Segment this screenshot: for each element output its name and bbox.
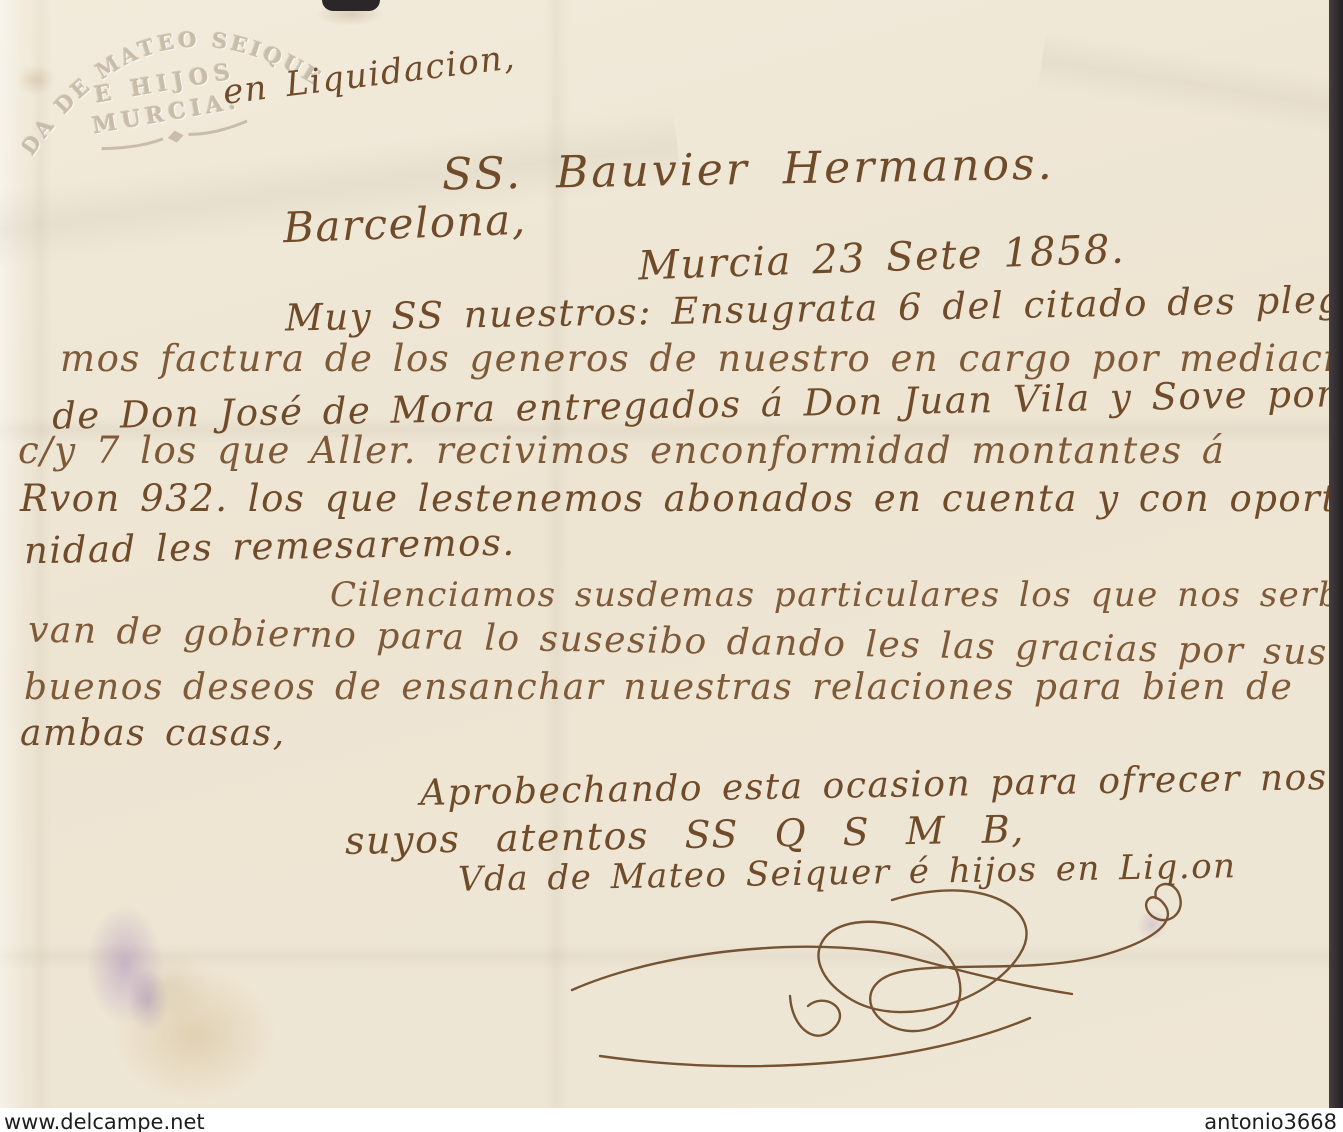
body-line-2: mos factura de los generos de nuestro en…: [60, 340, 1343, 377]
recipient-line: SS. Bauvier Hermanos.: [442, 143, 1055, 198]
scan-top-notch: [322, 0, 380, 11]
watermark-seller: antonio3668: [1204, 1110, 1337, 1132]
body-line-1: Muy SS nuestros: Ensugrata 6 del citado …: [285, 280, 1343, 336]
signature-flourish: [552, 878, 1232, 1082]
watermark-delcampe: www.delcampe.net: [4, 1110, 205, 1132]
scan-dark-edge: [1329, 0, 1343, 1110]
dateline: Murcia 23 Sete 1858.: [637, 230, 1125, 287]
body-line-4: c/y 7 los que Aller. recivimos enconform…: [18, 432, 1225, 469]
body-line-8: van de gobierno para lo susesibo dando l…: [28, 613, 1328, 672]
letter-scan: VDA DE MATEO SEIQUER E HIJOS MURCIA. en …: [0, 0, 1343, 1132]
body-line-9: buenos deseos de ensanchar nuestras rela…: [24, 670, 1293, 706]
body-line-11: Aprobechando esta ocasion para ofrecer n…: [420, 760, 1328, 812]
fold-crease: [1037, 30, 1343, 139]
watermark-strip: www.delcampe.net antonio3668: [0, 1108, 1343, 1132]
body-line-10: ambas casas,: [20, 716, 286, 752]
body-line-5: Rvon 932. los que lestenemos abonados en…: [20, 480, 1343, 517]
city-line: Barcelona,: [282, 199, 527, 249]
body-line-3: de Don José de Mora entregados á Don Jua…: [52, 374, 1343, 434]
body-line-7: Cilenciamos susdemas particulares los qu…: [330, 578, 1343, 612]
body-line-6: nidad les remesaremos.: [24, 524, 516, 570]
